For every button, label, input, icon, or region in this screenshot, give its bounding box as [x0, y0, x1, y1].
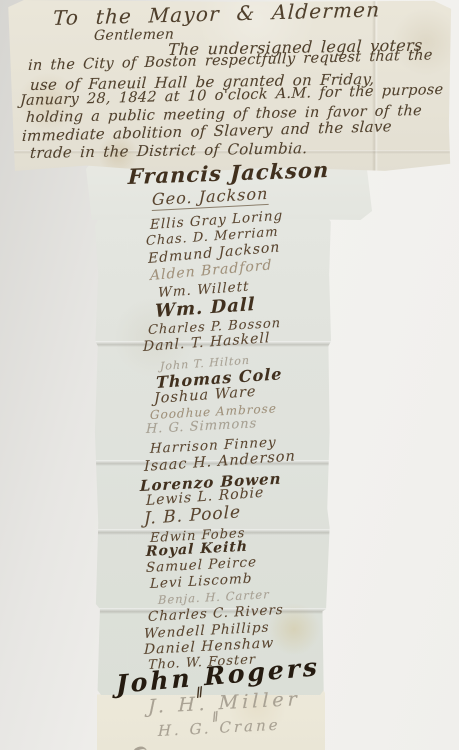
- document-scan: To the Mayor & Aldermen Gentlemen The un…: [0, 0, 459, 750]
- signatures-layer: Francis JacksonGeo. JacksonEllis Gray Lo…: [0, 0, 459, 750]
- signature: Francis Jackson: [128, 157, 330, 189]
- signature: H. G. Crane: [158, 716, 281, 740]
- partial-signature-stroke: (: [129, 742, 149, 750]
- signature: Geo. Jackson: [152, 184, 269, 211]
